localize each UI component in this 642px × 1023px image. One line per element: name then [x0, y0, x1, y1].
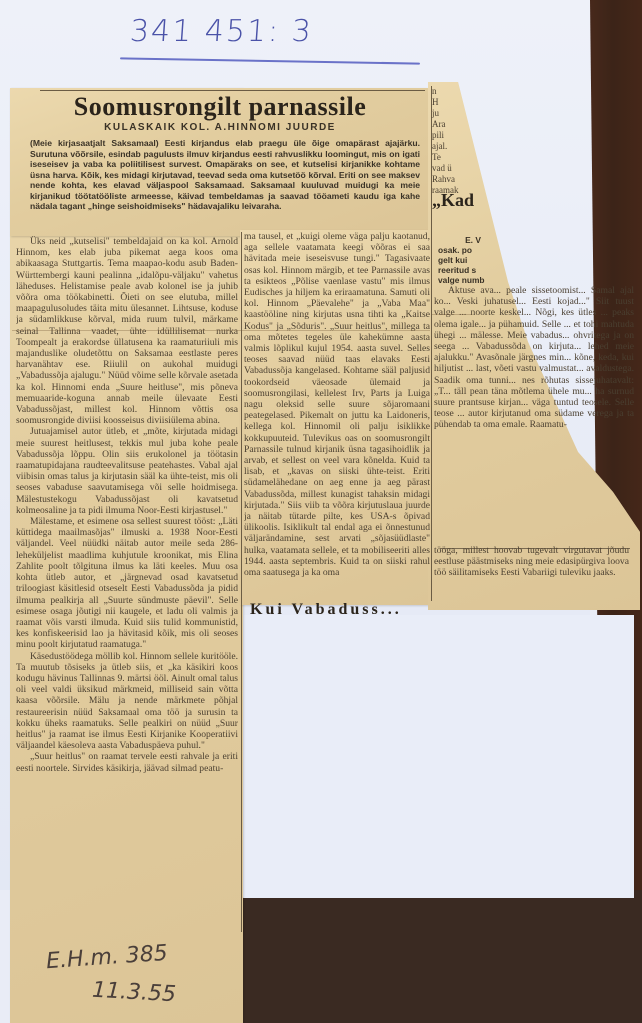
paragraph: Käsedustöödega möllib kol. Hinnom sellel…	[16, 651, 238, 752]
fold-crease	[432, 314, 472, 315]
column-divider	[241, 232, 242, 932]
header-rule	[40, 90, 425, 91]
fold-crease	[12, 330, 430, 331]
paragraph: Mälestame, et esimene osa sellest suures…	[16, 516, 238, 650]
article-column-1: Üks neid „kutselisi" tembeldajaid on ka …	[16, 236, 238, 931]
archive-number-annotation: 341 451: 3	[129, 14, 314, 49]
next-article-headline: Kui Vabaduss...	[250, 601, 610, 617]
right-fragment-snippets: n H ju Ara pili ajal. Te vad ü Rahva raa…	[432, 86, 472, 196]
dark-surface	[240, 890, 642, 1023]
paragraph: Üks neid „kutselisi" tembeldajaid on ka …	[16, 236, 238, 426]
photo-scene: 341 451: 3 Soomusrongilt parnassile KULA…	[0, 0, 642, 1023]
paragraph: ma tausel, et „kuigi oleme väga palju ka…	[244, 231, 430, 578]
paragraph: tööga, millest hoovab tugevalt virgutava…	[434, 545, 629, 579]
paragraph: Aktuse ava... peale sissetoomist... Sama…	[434, 285, 634, 431]
fragment-boxed-text: E. V osak. po gelt kui reeritud s valge …	[438, 235, 508, 285]
article-column-2: ma tausel, et „kuigi oleme väga palju ka…	[244, 231, 430, 601]
article-subheadline: KULASKAIK KOL. A.HINNOMI JUURDE	[10, 122, 430, 133]
article-lead: (Meie kirjasaatjalt Saksamaal) Eesti kir…	[30, 138, 420, 212]
fragment-headline: „Kad	[432, 190, 474, 211]
article-closing: tööga, millest hoovab tugevalt virgutava…	[434, 545, 629, 595]
handwritten-date: 11.3.55	[91, 978, 176, 1007]
article-column-3: Aktuse ava... peale sissetoomist... Sama…	[434, 285, 634, 485]
paragraph: „Suur heitlus" on raamat tervele eesti r…	[16, 751, 238, 773]
paragraph: Jutuajamisel autor ütleb, et „mõte, kirj…	[16, 426, 238, 516]
archive-sheet-lower	[244, 615, 634, 898]
article-headline: Soomusrongilt parnassile	[10, 92, 430, 122]
